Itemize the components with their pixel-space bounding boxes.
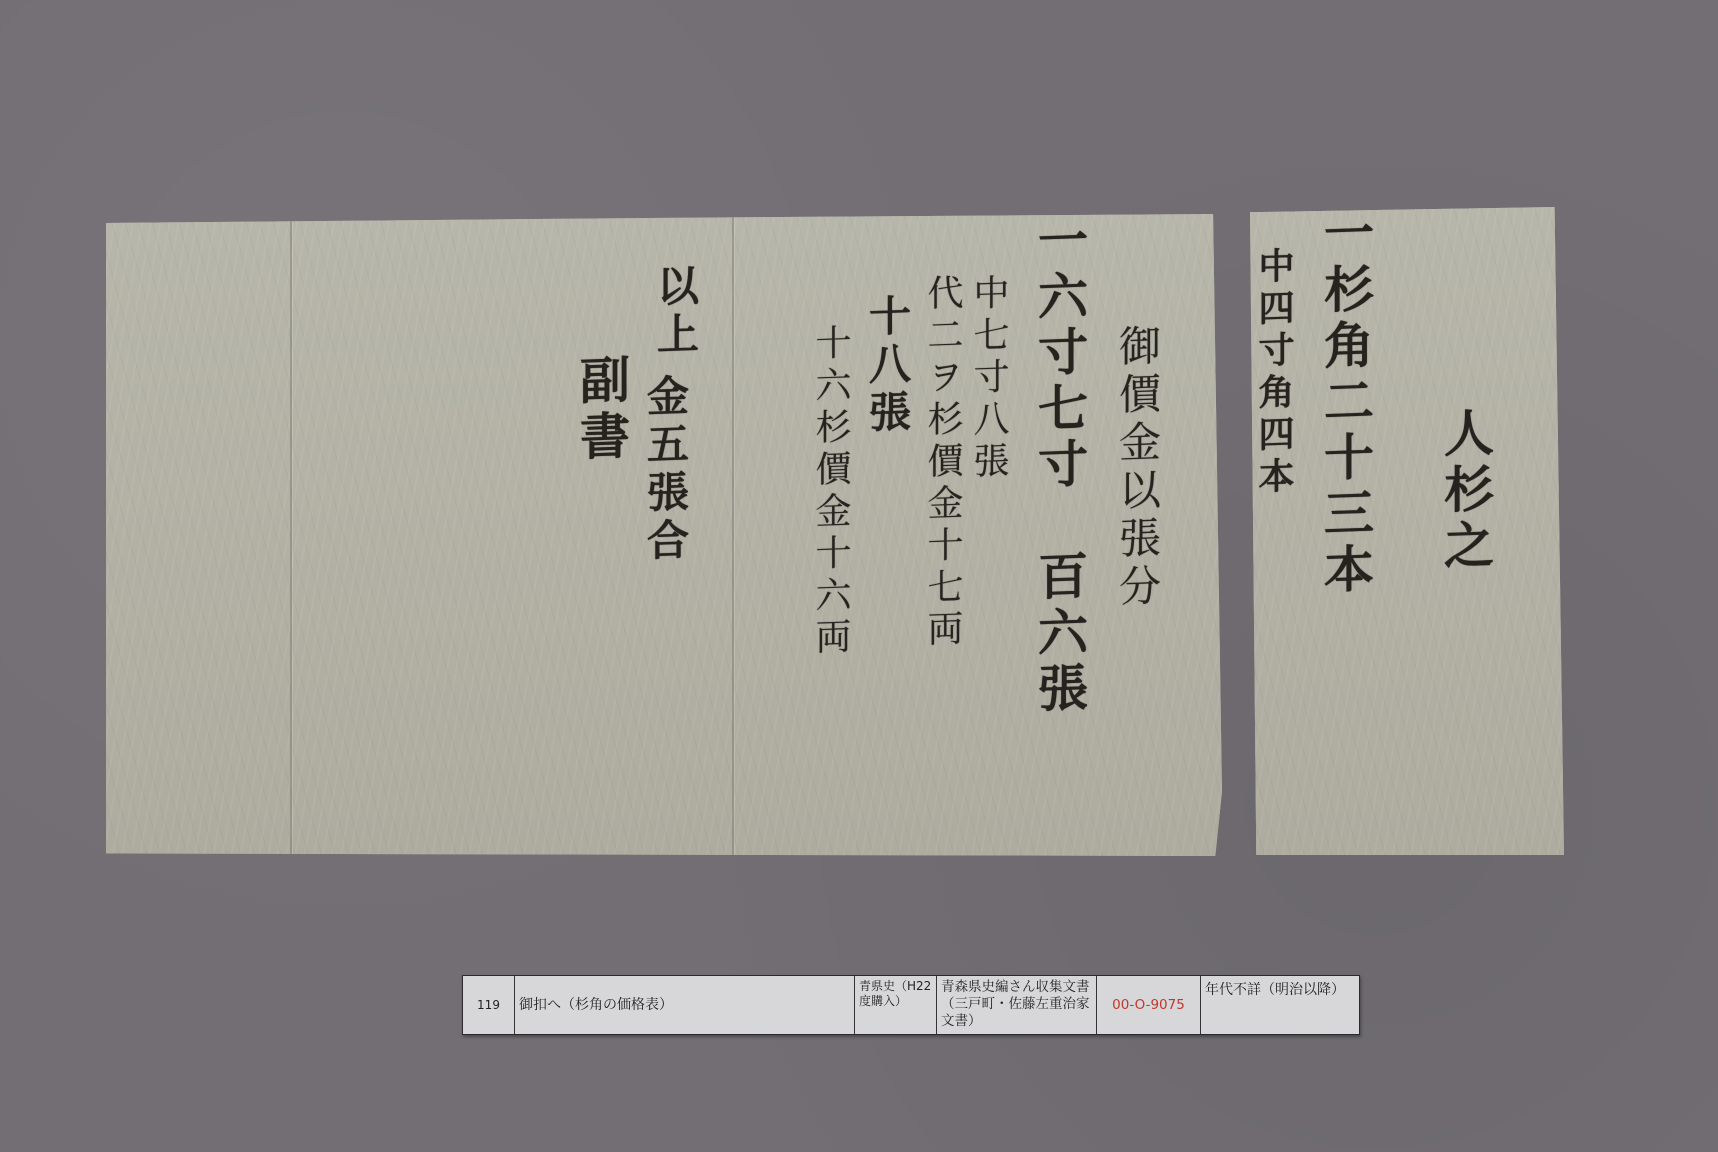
calligraphy-column: 御價金以張分 <box>1116 323 1158 612</box>
document-slip: 人杉之 一杉角二十三本 中四寸角四本 <box>1250 207 1564 855</box>
caption-title: 御扣へ（杉角の価格表） <box>515 976 855 1034</box>
calligraphy-column: 一六寸七寸 百六張 <box>1034 213 1084 719</box>
calligraphy-column: 代二ヲ杉價金十七両 <box>924 273 960 652</box>
fold-line <box>290 214 292 856</box>
document-main-sheet: 御價金以張分 一六寸七寸 百六張 中七寸八張 代二ヲ杉價金十七両 十八張 十六杉… <box>106 214 1222 856</box>
caption-number: 119 <box>463 976 515 1034</box>
calligraphy-column: 金五張合 <box>644 373 686 566</box>
calligraphy-column: 十八張 <box>866 293 908 438</box>
calligraphy-column: 中四寸角四本 <box>1256 246 1292 499</box>
caption-collection: 青森県史編さん収集文書（三戸町・佐藤左重治家文書） <box>937 976 1097 1034</box>
caption-date: 年代不詳（明治以降） <box>1201 976 1359 1034</box>
calligraphy-column: 中七寸八張 <box>970 273 1006 484</box>
exhibit-caption-label: 119 御扣へ（杉角の価格表） 青県史（H22度購入） 青森県史編さん収集文書（… <box>462 975 1360 1035</box>
calligraphy-column: 以上 <box>654 263 696 360</box>
calligraphy-column: 一杉角二十三本 <box>1320 206 1370 600</box>
calligraphy-column: 副書 <box>576 353 626 467</box>
caption-source: 青県史（H22度購入） <box>855 976 937 1034</box>
calligraphy-column: 十六杉價金十六両 <box>812 323 848 660</box>
calligraphy-column: 人杉之 <box>1440 406 1490 576</box>
caption-catalog-id: 00-O-9075 <box>1097 976 1201 1034</box>
fold-line <box>732 214 734 856</box>
